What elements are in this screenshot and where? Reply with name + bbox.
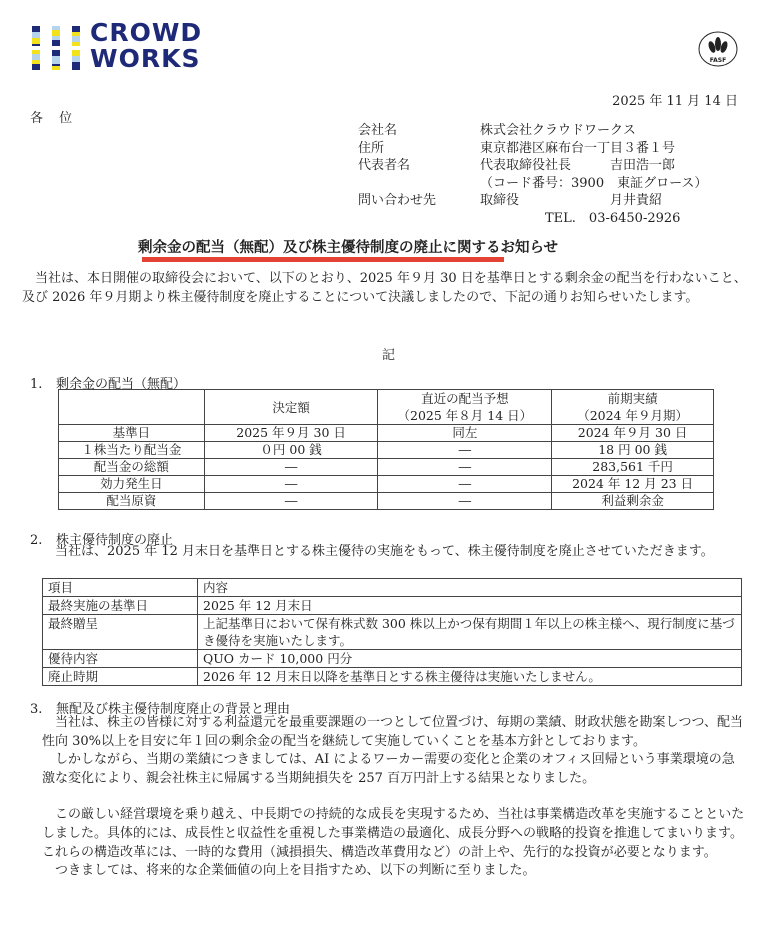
table-row: 基準日2025 年９月 30 日同左2024 年９月 30 日 [59, 425, 714, 442]
dividend-table: 決定額 直近の配当予想（2025 年８月 14 日） 前期実績（2024 年９月… [58, 389, 714, 510]
header-prior-result: 前期実績（2024 年９月期） [552, 390, 714, 425]
addressee: 各 位 [30, 107, 78, 126]
logo-line-2: WORKS [90, 46, 202, 72]
section-3-paragraph: しかしながら、当期の業績につきましては、AI によるワーカー需要の変化と企業のオ… [42, 751, 747, 788]
table-row: 効力発生日――2024 年 12 月 23 日 [59, 476, 714, 493]
svg-text:FASF: FASF [710, 57, 726, 64]
section-3-paragraph: 当社は、株主の皆様に対する利益還元を最重要課題の一つとして位置づけ、毎期の業績、… [42, 714, 747, 751]
company-info-row: 問い合わせ先取締役 月井貴紹 [358, 192, 707, 210]
company-info-row: 会社名株式会社クラウドワークス [358, 122, 707, 140]
company-info-row: TEL. 03-6450-2926 [358, 210, 707, 228]
logo-line-1: CROWD [90, 20, 202, 46]
table-row: 優待内容QUO カード 10,000 円分 [43, 650, 742, 668]
ki-heading: 記 [382, 344, 395, 363]
title-highlight-underline [142, 257, 504, 262]
section-3-paragraph: この厳しい経営環境を乗り越え、中長期での持続的な成長を実現するため、当社は事業構… [42, 806, 747, 862]
logo-people-icon [30, 22, 88, 74]
table-row: 最終贈呈上記基準日において保有株式数 300 株以上かつ保有期間１年以上の株主様… [43, 615, 742, 650]
company-info-row: 代表者名代表取締役社長 吉田浩一郎 [358, 157, 707, 175]
fasf-seal-icon: FASF [697, 30, 739, 68]
shareholder-benefit-table: 項目内容 最終実施の基準日2025 年 12 月末日 最終贈呈上記基準日において… [42, 578, 742, 686]
section-3-paragraph: つきましては、将来的な企業価値の向上を目指すため、以下の判断に至りました。 [42, 862, 747, 881]
table-row: 配当金の総額――283,561 千円 [59, 459, 714, 476]
table-row: １株当たり配当金０円 00 銭―18 円 00 銭 [59, 442, 714, 459]
crowdworks-logo: CROWD WORKS [30, 20, 200, 75]
header-latest-forecast: 直近の配当予想（2025 年８月 14 日） [378, 390, 552, 425]
table-row: 廃止時期2026 年 12 月末日以降を基準日とする株主優待は実施いたしません。 [43, 668, 742, 686]
intro-paragraph: 当社は、本日開催の取締役会において、以下のとおり、2025 年９月 30 日を基… [22, 270, 757, 307]
table-header-row: 項目内容 [43, 579, 742, 597]
table-row: 配当原資――利益剰余金 [59, 493, 714, 510]
table-row: 最終実施の基準日2025 年 12 月末日 [43, 597, 742, 615]
company-info-row: （コード番号：3900 東証グロース） [358, 175, 707, 193]
document-date: 2025 年 11 月 14 日 [612, 90, 738, 109]
table-header-row: 決定額 直近の配当予想（2025 年８月 14 日） 前期実績（2024 年９月… [59, 390, 714, 425]
document-title: 剰余金の配当（無配）及び株主優待制度の廃止に関するお知らせ [138, 236, 558, 257]
section-3-body: 当社は、株主の皆様に対する利益還元を最重要課題の一つとして位置づけ、毎期の業績、… [42, 714, 747, 881]
section-2-body: 当社は、2025 年 12 月末日を基準日とする株主優待の実施をもって、株主優待… [42, 543, 747, 562]
header-decided: 決定額 [204, 390, 378, 425]
company-info-block: 会社名株式会社クラウドワークス 住所東京都港区麻布台一丁目３番１号 代表者名代表… [358, 122, 707, 227]
company-info-row: 住所東京都港区麻布台一丁目３番１号 [358, 140, 707, 158]
